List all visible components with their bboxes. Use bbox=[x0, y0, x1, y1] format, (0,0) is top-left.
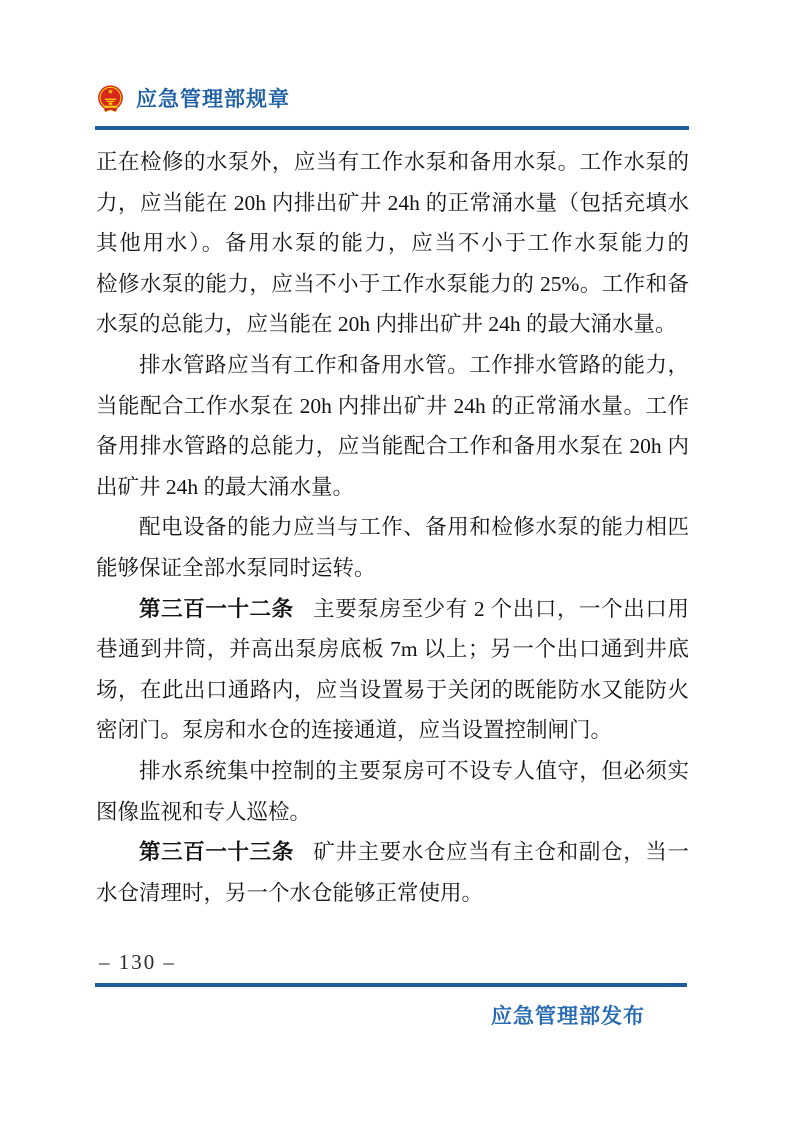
article-number: 第三百一十二条 bbox=[139, 597, 294, 621]
line-text: 出矿井 24h 的最大涌水量。 bbox=[96, 475, 354, 499]
text-line: 图像监视和专人巡检。 bbox=[96, 792, 689, 833]
line-text: 备用排水管路的总能力，应当能配合工作和备用水泵在 20h 内排 bbox=[96, 434, 689, 467]
header-divider bbox=[95, 126, 689, 130]
text-line: 水泵的总能力，应当能在 20h 内排出矿井 24h 的最大涌水量。 bbox=[96, 304, 689, 345]
line-text: 场，在此出口通路内，应当设置易于关闭的既能防水又能防火的 bbox=[96, 678, 689, 711]
text-line: 检修水泵的能力，应当不小于工作水泵能力的 25%。工作和备用 bbox=[96, 264, 689, 305]
national-emblem-icon bbox=[97, 84, 124, 115]
text-line: 力，应当能在 20h 内排出矿井 24h 的正常涌水量（包括充填水及 bbox=[96, 183, 689, 224]
page-number: – 130 – bbox=[99, 949, 176, 975]
line-text: 配电设备的能力应当与工作、备用和检修水泵的能力相匹配， bbox=[139, 515, 689, 548]
line-text: 水泵的总能力，应当能在 20h 内排出矿井 24h 的最大涌水量。 bbox=[96, 312, 677, 336]
line-text: 水仓清理时，另一个水仓能够正常使用。 bbox=[96, 881, 483, 905]
line-text: 正在检修的水泵外，应当有工作水泵和备用水泵。工作水泵的能 bbox=[96, 150, 689, 183]
text-line: 第三百一十二条主要泵房至少有 2 个出口，一个出口用斜 bbox=[96, 589, 689, 630]
line-text: 排水管路应当有工作和备用水管。工作排水管路的能力，应 bbox=[139, 353, 689, 386]
line-text: 其他用水）。备用水泵的能力，应当不小于工作水泵能力的 70%。 bbox=[96, 231, 689, 264]
line-text: 巷通到井筒，并高出泵房底板 7m 以上；另一个出口通到井底车 bbox=[96, 637, 689, 670]
text-line: 配电设备的能力应当与工作、备用和检修水泵的能力相匹配， bbox=[96, 507, 689, 548]
text-line: 当能配合工作水泵在 20h 内排出矿井 24h 的正常涌水量。工作和 bbox=[96, 386, 689, 427]
text-line: 巷通到井筒，并高出泵房底板 7m 以上；另一个出口通到井底车 bbox=[96, 629, 689, 670]
line-text: 力，应当能在 20h 内排出矿井 24h 的正常涌水量（包括充填水及 bbox=[96, 191, 689, 224]
header-title: 应急管理部规章 bbox=[136, 86, 290, 114]
line-text: 检修水泵的能力，应当不小于工作水泵能力的 25%。工作和备用 bbox=[96, 272, 689, 305]
line-text: 当能配合工作水泵在 20h 内排出矿井 24h 的正常涌水量。工作和 bbox=[96, 394, 689, 427]
text-line: 场，在此出口通路内，应当设置易于关闭的既能防水又能防火的 bbox=[96, 670, 689, 711]
text-line: 正在检修的水泵外，应当有工作水泵和备用水泵。工作水泵的能 bbox=[96, 142, 689, 183]
line-text: 图像监视和专人巡检。 bbox=[96, 800, 311, 824]
line-text: 密闭门。泵房和水仓的连接通道，应当设置控制闸门。 bbox=[96, 718, 612, 742]
text-line: 第三百一十三条矿井主要水仓应当有主仓和副仓，当一个 bbox=[96, 832, 689, 873]
text-line: 其他用水）。备用水泵的能力，应当不小于工作水泵能力的 70%。 bbox=[96, 223, 689, 264]
text-line: 出矿井 24h 的最大涌水量。 bbox=[96, 467, 689, 508]
document-page: 应急管理部规章 正在检修的水泵外，应当有工作水泵和备用水泵。工作水泵的能力，应当… bbox=[0, 0, 793, 1122]
text-line: 能够保证全部水泵同时运转。 bbox=[96, 548, 689, 589]
article-number: 第三百一十三条 bbox=[139, 840, 294, 864]
text-line: 水仓清理时，另一个水仓能够正常使用。 bbox=[96, 873, 689, 914]
footer-divider bbox=[95, 983, 687, 987]
publisher-label: 应急管理部发布 bbox=[96, 1003, 645, 1031]
line-text: 能够保证全部水泵同时运转。 bbox=[96, 556, 376, 580]
line-text: 排水系统集中控制的主要泵房可不设专人值守，但必须实现 bbox=[139, 759, 689, 792]
document-body: 正在检修的水泵外，应当有工作水泵和备用水泵。工作水泵的能力，应当能在 20h 内… bbox=[96, 142, 689, 913]
text-line: 排水系统集中控制的主要泵房可不设专人值守，但必须实现 bbox=[96, 751, 689, 792]
text-line: 密闭门。泵房和水仓的连接通道，应当设置控制闸门。 bbox=[96, 710, 689, 751]
text-line: 备用排水管路的总能力，应当能配合工作和备用水泵在 20h 内排 bbox=[96, 426, 689, 467]
text-line: 排水管路应当有工作和备用水管。工作排水管路的能力，应 bbox=[96, 345, 689, 386]
